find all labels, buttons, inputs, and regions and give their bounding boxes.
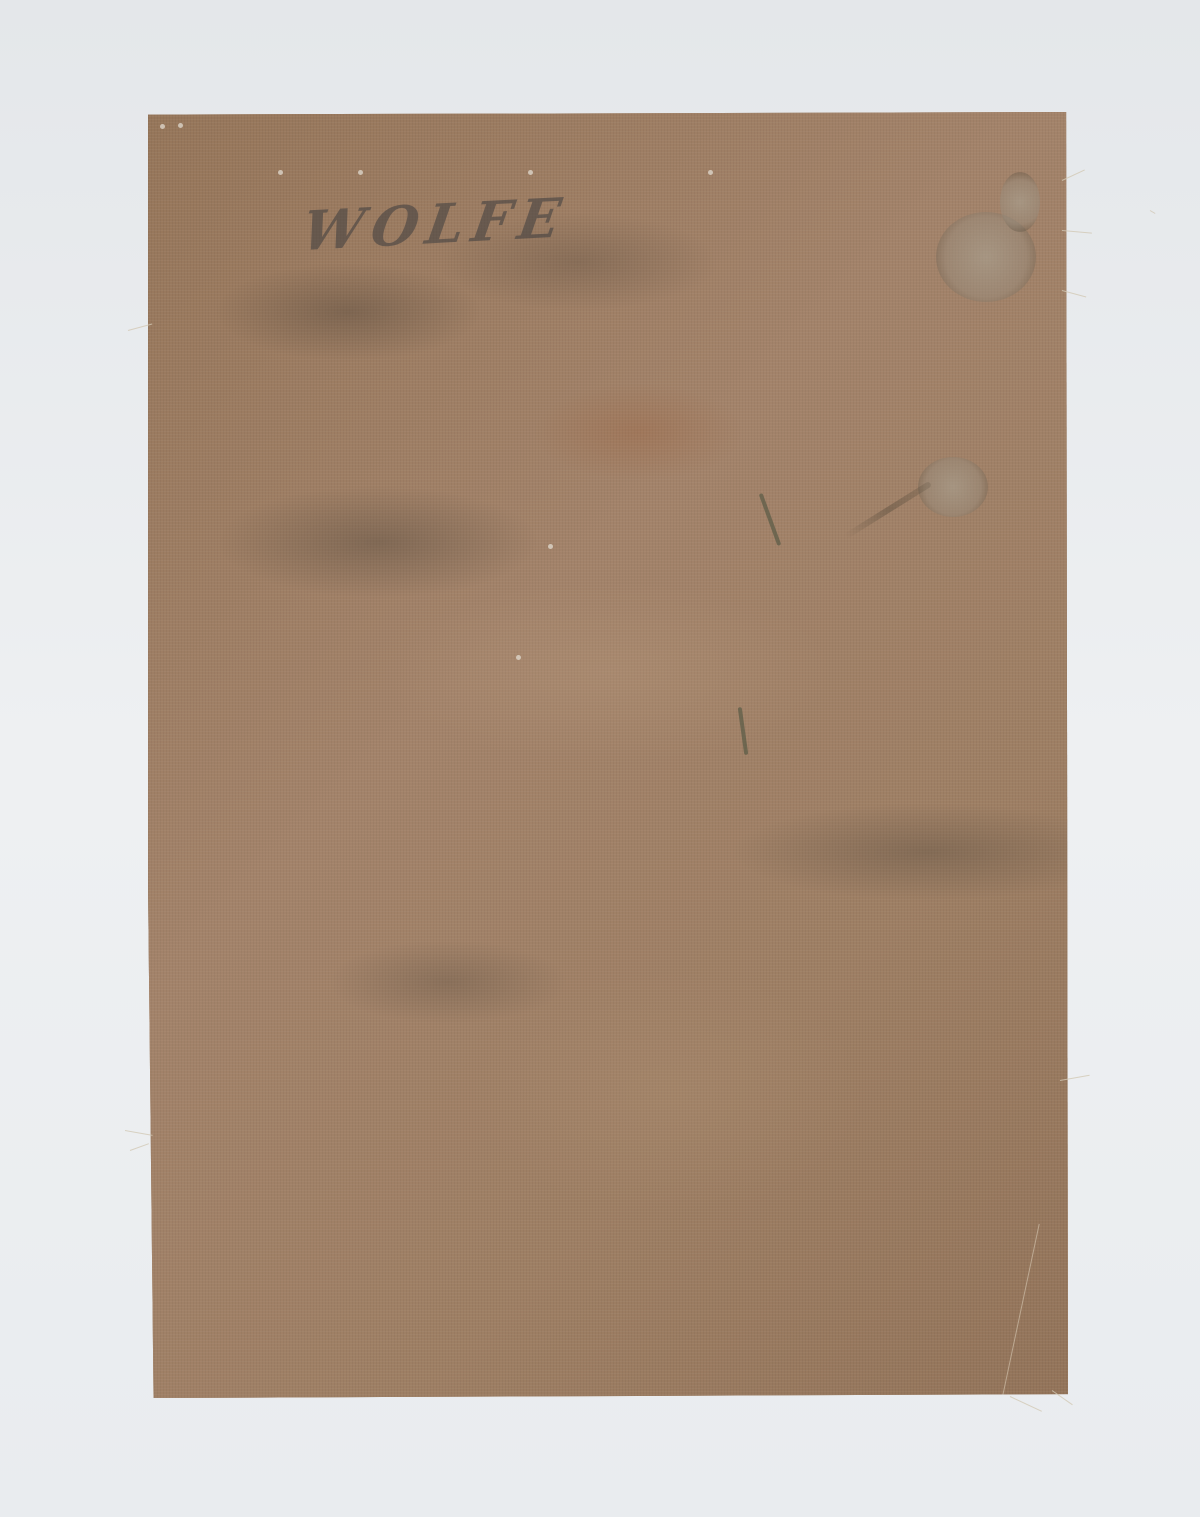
- loose-thread: [1001, 1224, 1039, 1400]
- frayed-fiber: [1010, 1396, 1042, 1412]
- stain-drip: [844, 481, 932, 539]
- water-stain: [1000, 172, 1040, 232]
- tack-hole: [278, 170, 283, 175]
- tack-hole: [528, 170, 533, 175]
- tack-hole: [708, 170, 713, 175]
- canvas-mark: [738, 707, 749, 755]
- frayed-fiber: [1150, 210, 1156, 214]
- frayed-fiber: [130, 1143, 149, 1151]
- tack-hole: [548, 544, 553, 549]
- pencil-inscription: WOLFE: [298, 185, 573, 264]
- canvas-back: WOLFE: [148, 112, 1068, 1398]
- tack-hole: [178, 123, 183, 128]
- photograph: WOLFE: [0, 0, 1200, 1517]
- canvas-mark: [759, 493, 782, 546]
- frayed-fiber: [125, 1130, 153, 1136]
- frayed-fiber: [1062, 230, 1092, 234]
- tack-hole: [160, 124, 165, 129]
- tack-hole: [516, 655, 521, 660]
- tack-hole: [358, 170, 363, 175]
